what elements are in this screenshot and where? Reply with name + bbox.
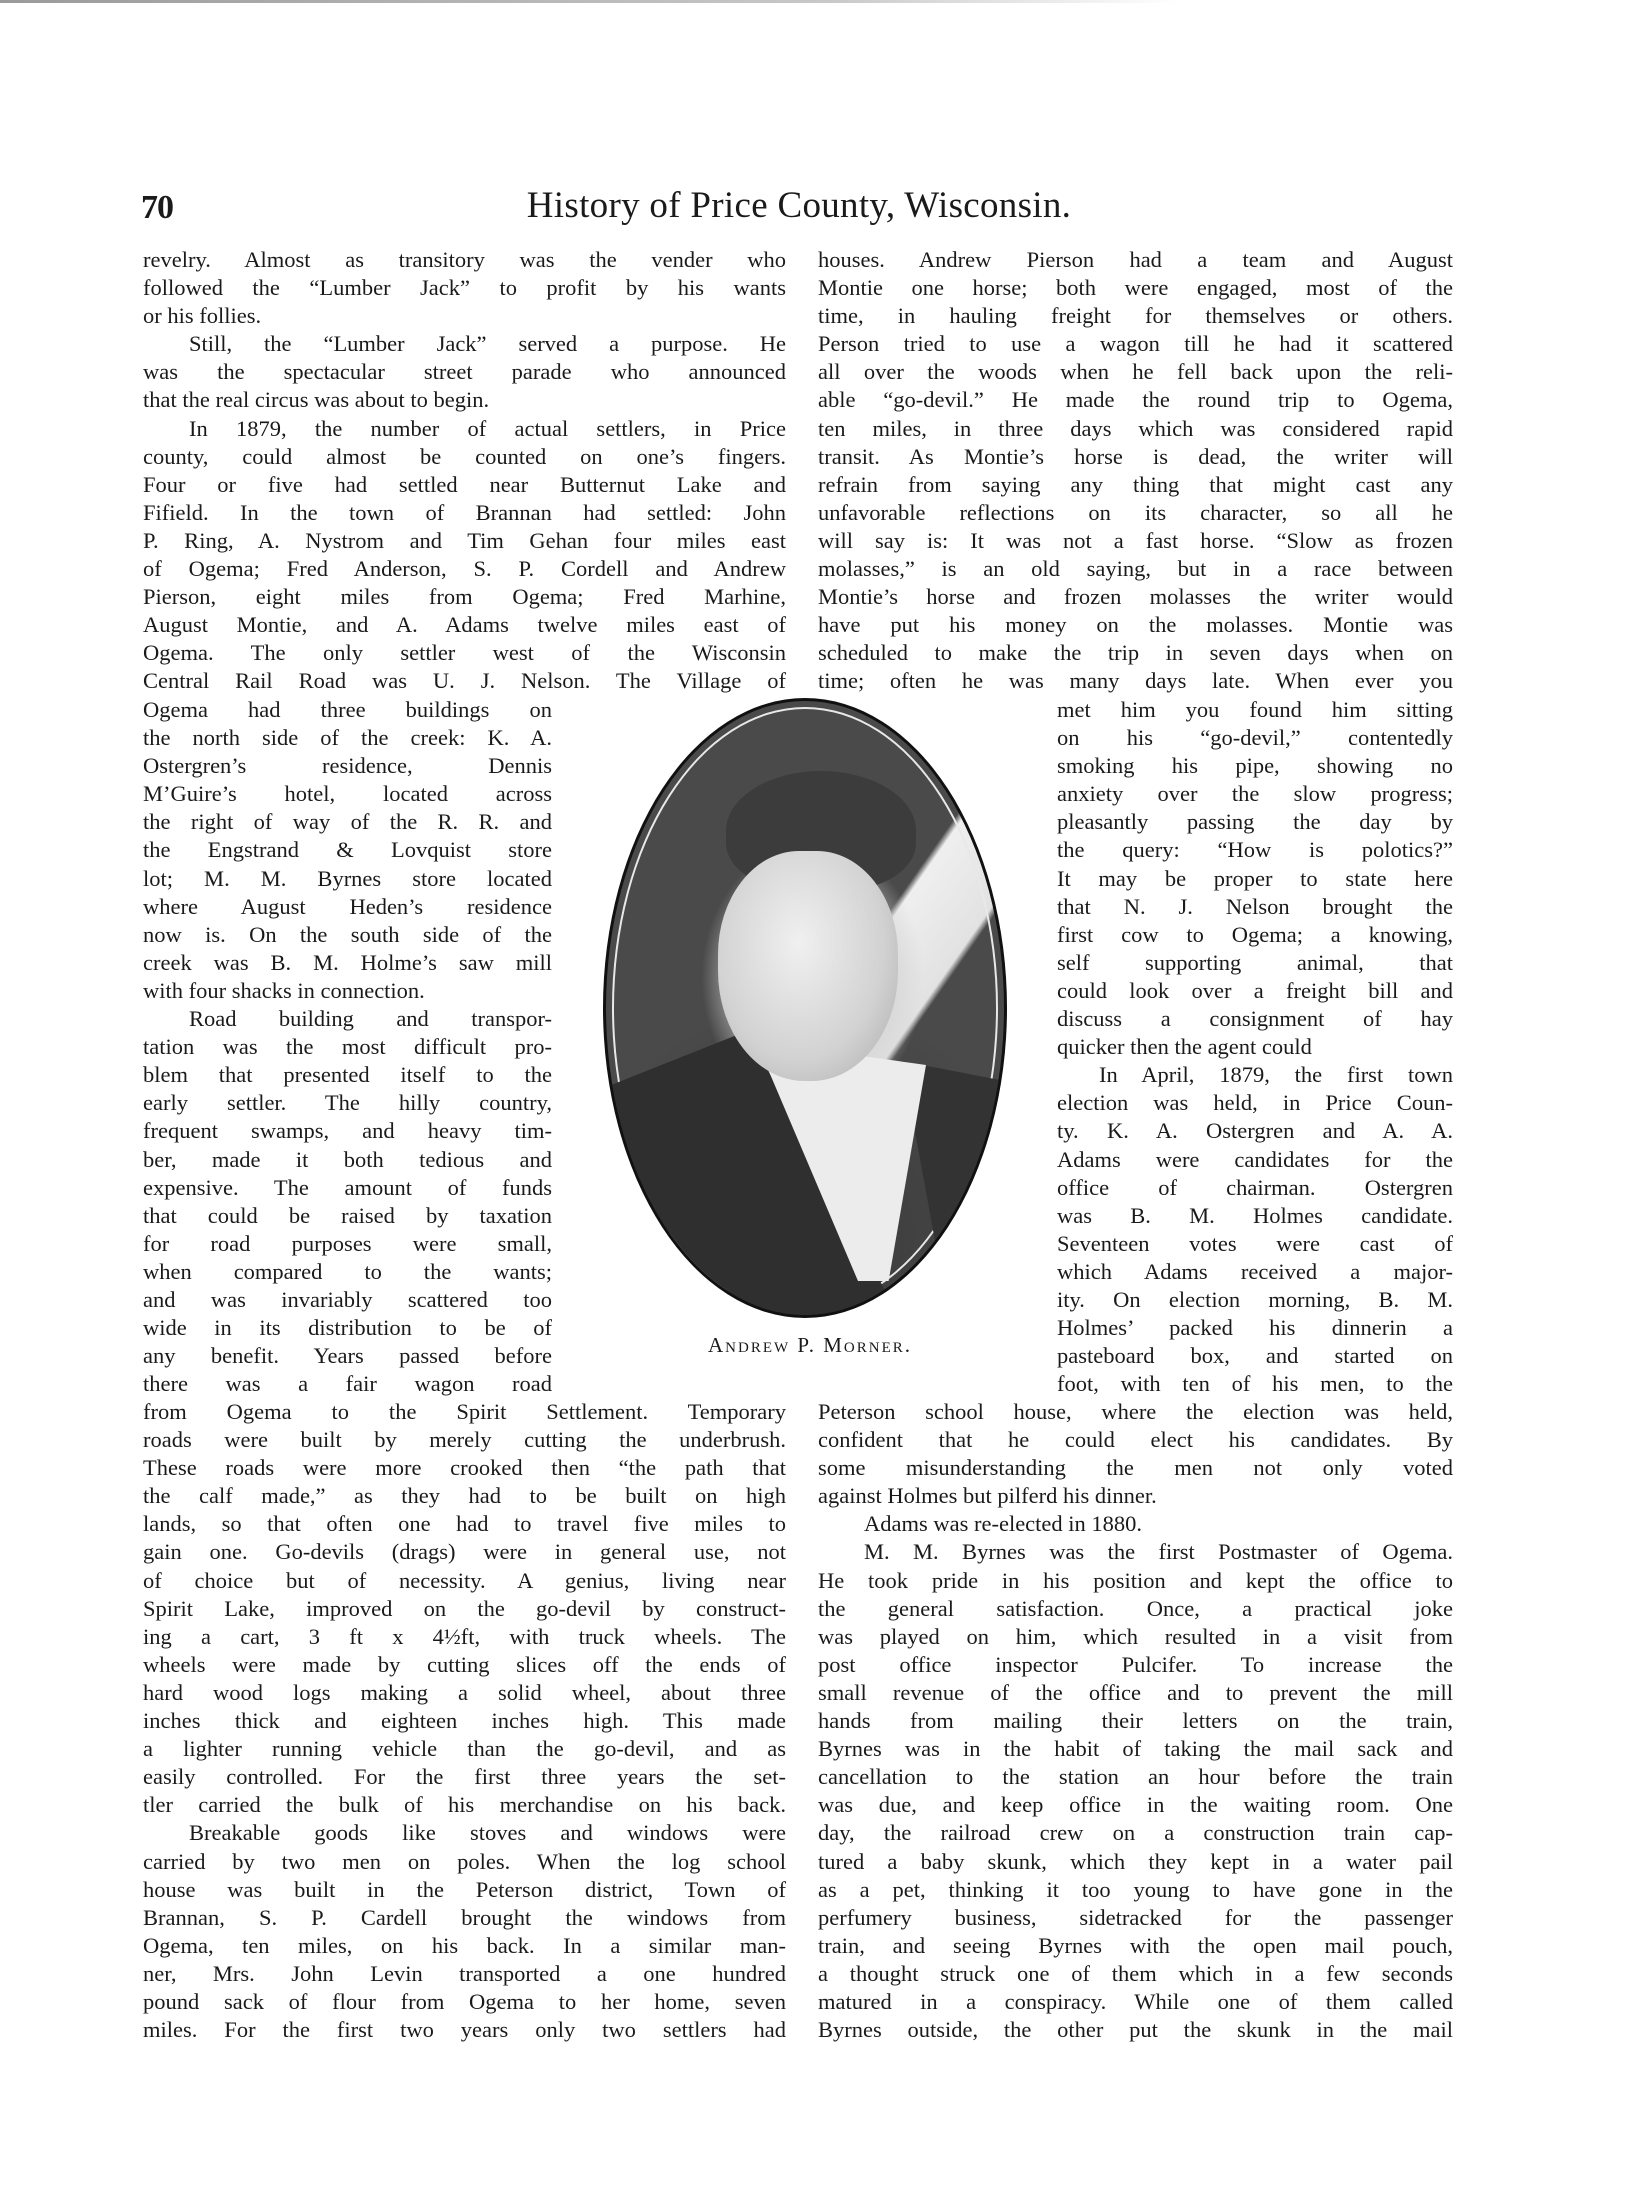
right-column-top: houses. Andrew Pierson had a team and Au…	[818, 246, 1453, 696]
running-title: History of Price County, Wisconsin.	[496, 186, 1102, 226]
text-line: small revenue of the office and to preve…	[818, 1679, 1453, 1707]
text-line: tler carried the bulk of his merchandise…	[143, 1791, 786, 1819]
text-line: which Adams received a major-	[1057, 1258, 1453, 1286]
text-line: ty. K. A. Ostergren and A. A.	[1057, 1117, 1453, 1145]
text-line: when compared to the wants;	[143, 1258, 552, 1286]
text-line: pasteboard box, and started on	[1057, 1342, 1453, 1370]
text-line: was B. M. Holmes candidate.	[1057, 1202, 1453, 1230]
text-line: matured in a conspiracy. While one of th…	[818, 1988, 1453, 2016]
text-line: Ogema had three buildings on	[143, 696, 552, 724]
text-line: Breakable goods like stoves and windows …	[143, 1819, 786, 1847]
text-line: the Engstrand & Lovquist store	[143, 836, 552, 864]
text-line: Pierson, eight miles from Ogema; Fred Ma…	[143, 583, 786, 611]
text-line: with four shacks in connection.	[143, 977, 552, 1005]
text-line: foot, with ten of his men, to the	[1057, 1370, 1453, 1398]
text-line: pleasantly passing the day by	[1057, 808, 1453, 836]
text-line: was played on him, which resulted in a v…	[818, 1623, 1453, 1651]
text-line: now is. On the south side of the	[143, 921, 552, 949]
text-line: the query: “How is polotics?”	[1057, 836, 1453, 864]
text-line: against Holmes but pilferd his dinner.	[818, 1482, 1453, 1510]
text-line: could look over a freight bill and	[1057, 977, 1453, 1005]
left-column-bottom: from Ogema to the Spirit Settlement. Tem…	[143, 1398, 786, 2044]
text-line: Ogema. The only settler west of the Wisc…	[143, 639, 786, 667]
text-line: the calf made,” as they had to be built …	[143, 1482, 786, 1510]
text-line: Brannan, S. P. Cardell brought the windo…	[143, 1904, 786, 1932]
text-line: molasses,” is an old saying, but in a ra…	[818, 555, 1453, 583]
text-line: able “go-devil.” He made the round trip …	[818, 386, 1453, 414]
text-line: and was invariably scattered too	[143, 1286, 552, 1314]
text-line: Road building and transpor-	[143, 1005, 552, 1033]
text-line: self supporting animal, that	[1057, 949, 1453, 977]
text-line: refrain from saying any thing that might…	[818, 471, 1453, 499]
text-line: have put his money on the molasses. Mont…	[818, 611, 1453, 639]
text-line: M’Guire’s hotel, located across	[143, 780, 552, 808]
text-line: the right of way of the R. R. and	[143, 808, 552, 836]
text-line: wheels were made by cutting slices off t…	[143, 1651, 786, 1679]
text-line: Peterson school house, where the electio…	[818, 1398, 1453, 1426]
left-column-wrap: Ogema had three buildings on the north s…	[143, 696, 552, 1398]
text-line: followed the “Lumber Jack” to profit by …	[143, 274, 786, 302]
text-line: for road purposes were small,	[143, 1230, 552, 1258]
right-column-wrap: met him you found him sitting on his “go…	[1057, 696, 1453, 1398]
text-line: pound sack of flour from Ogema to her ho…	[143, 1988, 786, 2016]
text-line: day, the railroad crew on a construction…	[818, 1819, 1453, 1847]
text-line: election was held, in Price Coun-	[1057, 1089, 1453, 1117]
text-line: or his follies.	[143, 302, 786, 330]
text-line: some misunderstanding the men not only v…	[818, 1454, 1453, 1482]
text-line: Fifield. In the town of Brannan had sett…	[143, 499, 786, 527]
text-line: early settler. The hilly country,	[143, 1089, 552, 1117]
text-line: a thought struck one of them which in a …	[818, 1960, 1453, 1988]
text-line: ing a cart, 3 ft x 4½ft, with truck whee…	[143, 1623, 786, 1651]
text-line: revelry. Almost as transitory was the ve…	[143, 246, 786, 274]
text-line: all over the woods when he fell back upo…	[818, 358, 1453, 386]
text-line: smoking his pipe, showing no	[1057, 752, 1453, 780]
text-line: houses. Andrew Pierson had a team and Au…	[818, 246, 1453, 274]
text-line: ber, made it both tedious and	[143, 1146, 552, 1174]
text-line: tation was the most difficult pro-	[143, 1033, 552, 1061]
text-line: there was a fair wagon road	[143, 1370, 552, 1398]
text-line: confident that he could elect his candid…	[818, 1426, 1453, 1454]
text-line: of choice but of necessity. A genius, li…	[143, 1567, 786, 1595]
text-line: carried by two men on poles. When the lo…	[143, 1848, 786, 1876]
text-line: expensive. The amount of funds	[143, 1174, 552, 1202]
text-line: Montie one horse; both were engaged, mos…	[818, 274, 1453, 302]
text-line: train, and seeing Byrnes with the open m…	[818, 1932, 1453, 1960]
text-line: where August Heden’s residence	[143, 893, 552, 921]
text-line: Spirit Lake, improved on the go-devil by…	[143, 1595, 786, 1623]
text-line: frequent swamps, and heavy tim-	[143, 1117, 552, 1145]
text-line: cancellation to the station an hour befo…	[818, 1763, 1453, 1791]
text-line: scheduled to make the trip in seven days…	[818, 639, 1453, 667]
left-column-top: revelry. Almost as transitory was the ve…	[143, 246, 786, 696]
text-line: the north side of the creek: K. A.	[143, 724, 552, 752]
text-line: Byrnes outside, the other put the skunk …	[818, 2016, 1453, 2044]
text-line: Adams were candidates for the	[1057, 1146, 1453, 1174]
text-line: Ostergren’s residence, Dennis	[143, 752, 552, 780]
text-line: Still, the “Lumber Jack” served a purpos…	[143, 330, 786, 358]
text-line: M. M. Byrnes was the first Postmaster of…	[818, 1538, 1453, 1566]
text-line: of Ogema; Fred Anderson, S. P. Cordell a…	[143, 555, 786, 583]
text-line: Seventeen votes were cast of	[1057, 1230, 1453, 1258]
portrait-face	[718, 851, 898, 1081]
text-line: ner, Mrs. John Levin transported a one h…	[143, 1960, 786, 1988]
text-line: from Ogema to the Spirit Settlement. Tem…	[143, 1398, 786, 1426]
text-line: In April, 1879, the first town	[1057, 1061, 1453, 1089]
text-line: inches thick and eighteen inches high. T…	[143, 1707, 786, 1735]
right-column-bottom: Peterson school house, where the electio…	[818, 1398, 1453, 2044]
text-line: the general satisfaction. Once, a practi…	[818, 1595, 1453, 1623]
text-line: was the spectacular street parade who an…	[143, 358, 786, 386]
text-line: blem that presented itself to the	[143, 1061, 552, 1089]
text-line: ten miles, in three days which was consi…	[818, 415, 1453, 443]
text-line: transit. As Montie’s horse is dead, the …	[818, 443, 1453, 471]
text-line: Montie’s horse and frozen molasses the w…	[818, 583, 1453, 611]
text-line: hands from mailing their letters on the …	[818, 1707, 1453, 1735]
text-line: tured a baby skunk, which they kept in a…	[818, 1848, 1453, 1876]
text-line: will say is: It was not a fast horse. “S…	[818, 527, 1453, 555]
text-line: first cow to Ogema; a knowing,	[1057, 921, 1453, 949]
text-line: Central Rail Road was U. J. Nelson. The …	[143, 667, 786, 695]
text-line: house was built in the Peterson district…	[143, 1876, 786, 1904]
text-line: lot; M. M. Byrnes store located	[143, 865, 552, 893]
text-line: It may be proper to state here	[1057, 865, 1453, 893]
text-line: unfavorable reflections on its character…	[818, 499, 1453, 527]
text-line: creek was B. M. Holme’s saw mill	[143, 949, 552, 977]
text-line: perfumery business, sidetracked for the …	[818, 1904, 1453, 1932]
text-line: a lighter running vehicle than the go-de…	[143, 1735, 786, 1763]
text-line: August Montie, and A. Adams twelve miles…	[143, 611, 786, 639]
text-line: In 1879, the number of actual settlers, …	[143, 415, 786, 443]
text-line: Byrnes was in the habit of taking the ma…	[818, 1735, 1453, 1763]
text-line: Adams was re-elected in 1880.	[818, 1510, 1453, 1538]
text-line: ity. On election morning, B. M.	[1057, 1286, 1453, 1314]
page-number: 70	[141, 190, 173, 226]
text-line: anxiety over the slow progress;	[1057, 780, 1453, 808]
portrait-caption: Andrew P. Morner.	[670, 1331, 950, 1359]
text-line: office of chairman. Ostergren	[1057, 1174, 1453, 1202]
text-line: Person tried to use a wagon till he had …	[818, 330, 1453, 358]
portrait-photo	[603, 698, 1007, 1318]
text-line: Holmes’ packed his dinnerin a	[1057, 1314, 1453, 1342]
text-line: gain one. Go-devils (drags) were in gene…	[143, 1538, 786, 1566]
text-line: county, could almost be counted on one’s…	[143, 443, 786, 471]
text-line: was due, and keep office in the waiting …	[818, 1791, 1453, 1819]
text-line: He took pride in his position and kept t…	[818, 1567, 1453, 1595]
text-line: quicker then the agent could	[1057, 1033, 1453, 1061]
text-line: Four or five had settled near Butternut …	[143, 471, 786, 499]
text-line: that the real circus was about to begin.	[143, 386, 786, 414]
text-line: easily controlled. For the first three y…	[143, 1763, 786, 1791]
text-line: These roads were more crooked then “the …	[143, 1454, 786, 1482]
text-line: discuss a consignment of hay	[1057, 1005, 1453, 1033]
text-line: on his “go-devil,” contentedly	[1057, 724, 1453, 752]
scan-edge-shadow	[0, 0, 1180, 3]
text-line: any benefit. Years passed before	[143, 1342, 552, 1370]
text-line: time, in hauling freight for themselves …	[818, 302, 1453, 330]
text-line: met him you found him sitting	[1057, 696, 1453, 724]
text-line: lands, so that often one had to travel f…	[143, 1510, 786, 1538]
text-line: P. Ring, A. Nystrom and Tim Gehan four m…	[143, 527, 786, 555]
text-line: wide in its distribution to be of	[143, 1314, 552, 1342]
text-line: that N. J. Nelson brought the	[1057, 893, 1453, 921]
text-line: time; often he was many days late. When …	[818, 667, 1453, 695]
text-line: that could be raised by taxation	[143, 1202, 552, 1230]
text-line: post office inspector Pulcifer. To incre…	[818, 1651, 1453, 1679]
text-line: roads were built by merely cutting the u…	[143, 1426, 786, 1454]
text-line: miles. For the first two years only two …	[143, 2016, 786, 2044]
text-line: as a pet, thinking it too young to have …	[818, 1876, 1453, 1904]
text-line: Ogema, ten miles, on his back. In a simi…	[143, 1932, 786, 1960]
text-line: hard wood logs making a solid wheel, abo…	[143, 1679, 786, 1707]
